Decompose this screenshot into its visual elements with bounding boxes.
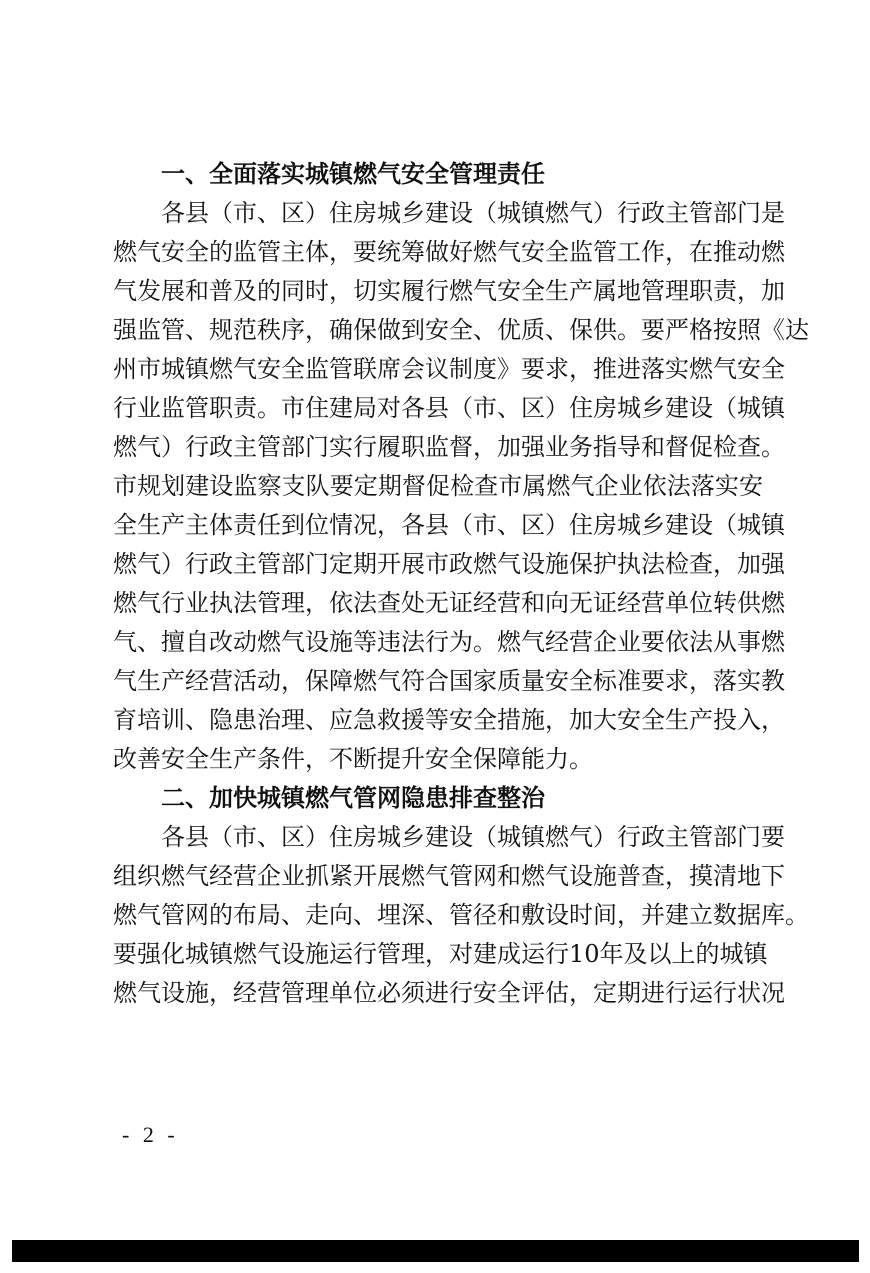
section-2-heading: 二、加快城镇燃气管网隐患排查整治 xyxy=(113,779,763,818)
paragraph-line: 气、擅自改动燃气设施等违法行为。燃气经营企业要依法从事燃 xyxy=(113,623,763,662)
paragraph-line: 燃气行业执法管理，依法查处无证经营和向无证经营单位转供燃 xyxy=(113,584,763,623)
paragraph-line: 育培训、隐患治理、应急救援等安全措施，加大安全生产投入， xyxy=(113,701,763,740)
paragraph-line: 州市城镇燃气安全监管联席会议制度》要求，推进落实燃气安全 xyxy=(113,350,763,389)
paragraph-line: 气生产经营活动，保障燃气符合国家质量安全标准要求，落实教 xyxy=(113,662,763,701)
paragraph-line: 各县（市、区）住房城乡建设（城镇燃气）行政主管部门是 xyxy=(113,194,763,233)
paragraph-line: 燃气）行政主管部门实行履职监督，加强业务指导和督促检查。 xyxy=(113,428,763,467)
paragraph-line: 改善安全生产条件，不断提升安全保障能力。 xyxy=(113,740,763,779)
paragraph-line: 燃气管网的布局、走向、埋深、管径和敷设时间，并建立数据库。 xyxy=(113,896,763,935)
section-1-heading: 一、全面落实城镇燃气安全管理责任 xyxy=(113,155,763,194)
scan-edge-bar xyxy=(12,1240,859,1262)
paragraph-line: 要强化城镇燃气设施运行管理，对建成运行10年及以上的城镇 xyxy=(113,935,763,974)
document-page: 一、全面落实城镇燃气安全管理责任 各县（市、区）住房城乡建设（城镇燃气）行政主管… xyxy=(0,0,870,1273)
paragraph-line: 各县（市、区）住房城乡建设（城镇燃气）行政主管部门要 xyxy=(113,818,763,857)
paragraph-line: 行业监管职责。市住建局对各县（市、区）住房城乡建设（城镇 xyxy=(113,389,763,428)
paragraph-line: 全生产主体责任到位情况，各县（市、区）住房城乡建设（城镇 xyxy=(113,506,763,545)
paragraph-line: 燃气安全的监管主体，要统筹做好燃气安全监管工作，在推动燃 xyxy=(113,233,763,272)
page-number: - 2 - xyxy=(122,1122,179,1148)
paragraph-line: 燃气）行政主管部门定期开展市政燃气设施保护执法检查，加强 xyxy=(113,545,763,584)
paragraph-line: 强监管、规范秩序，确保做到安全、优质、保供。要严格按照《达 xyxy=(113,311,763,350)
paragraph-line: 组织燃气经营企业抓紧开展燃气管网和燃气设施普查，摸清地下 xyxy=(113,857,763,896)
document-body: 一、全面落实城镇燃气安全管理责任 各县（市、区）住房城乡建设（城镇燃气）行政主管… xyxy=(113,155,763,1013)
paragraph-line: 气发展和普及的同时，切实履行燃气安全生产属地管理职责，加 xyxy=(113,272,763,311)
paragraph-line: 市规划建设监察支队要定期督促检查市属燃气企业依法落实安 xyxy=(113,467,763,506)
paragraph-line: 燃气设施，经营管理单位必须进行安全评估，定期进行运行状况 xyxy=(113,974,763,1013)
